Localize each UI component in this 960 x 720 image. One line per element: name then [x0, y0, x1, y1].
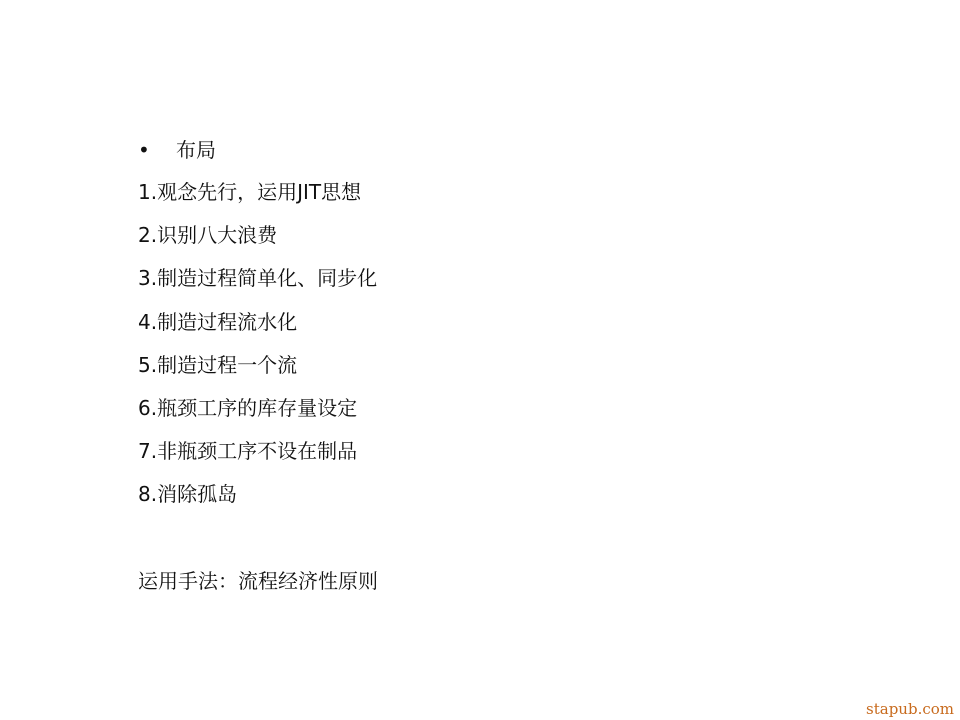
- list-item: 5.制造过程一个流: [138, 349, 377, 381]
- layout-principles-list: 1.观念先行，运用JIT思想 2.识别八大浪费 3.制造过程简单化、同步化 4.…: [138, 176, 377, 522]
- list-item: 8.消除孤岛: [138, 478, 377, 510]
- list-item: 6.瓶颈工序的库存量设定: [138, 392, 377, 424]
- watermark: stapub.com: [866, 700, 954, 718]
- list-item: 4.制造过程流水化: [138, 306, 377, 338]
- slide: • 布局 1.观念先行，运用JIT思想 2.识别八大浪费 3.制造过程简单化、同…: [0, 0, 960, 720]
- method-text: 运用手法：流程经济性原则: [138, 565, 378, 597]
- list-item: 1.观念先行，运用JIT思想: [138, 176, 377, 208]
- list-item: 2.识别八大浪费: [138, 219, 377, 251]
- list-item: 7.非瓶颈工序不设在制品: [138, 435, 377, 467]
- section-heading: • 布局: [138, 134, 216, 166]
- heading-text: 布局: [176, 134, 216, 166]
- list-item: 3.制造过程简单化、同步化: [138, 262, 377, 294]
- bullet-icon: •: [138, 134, 176, 166]
